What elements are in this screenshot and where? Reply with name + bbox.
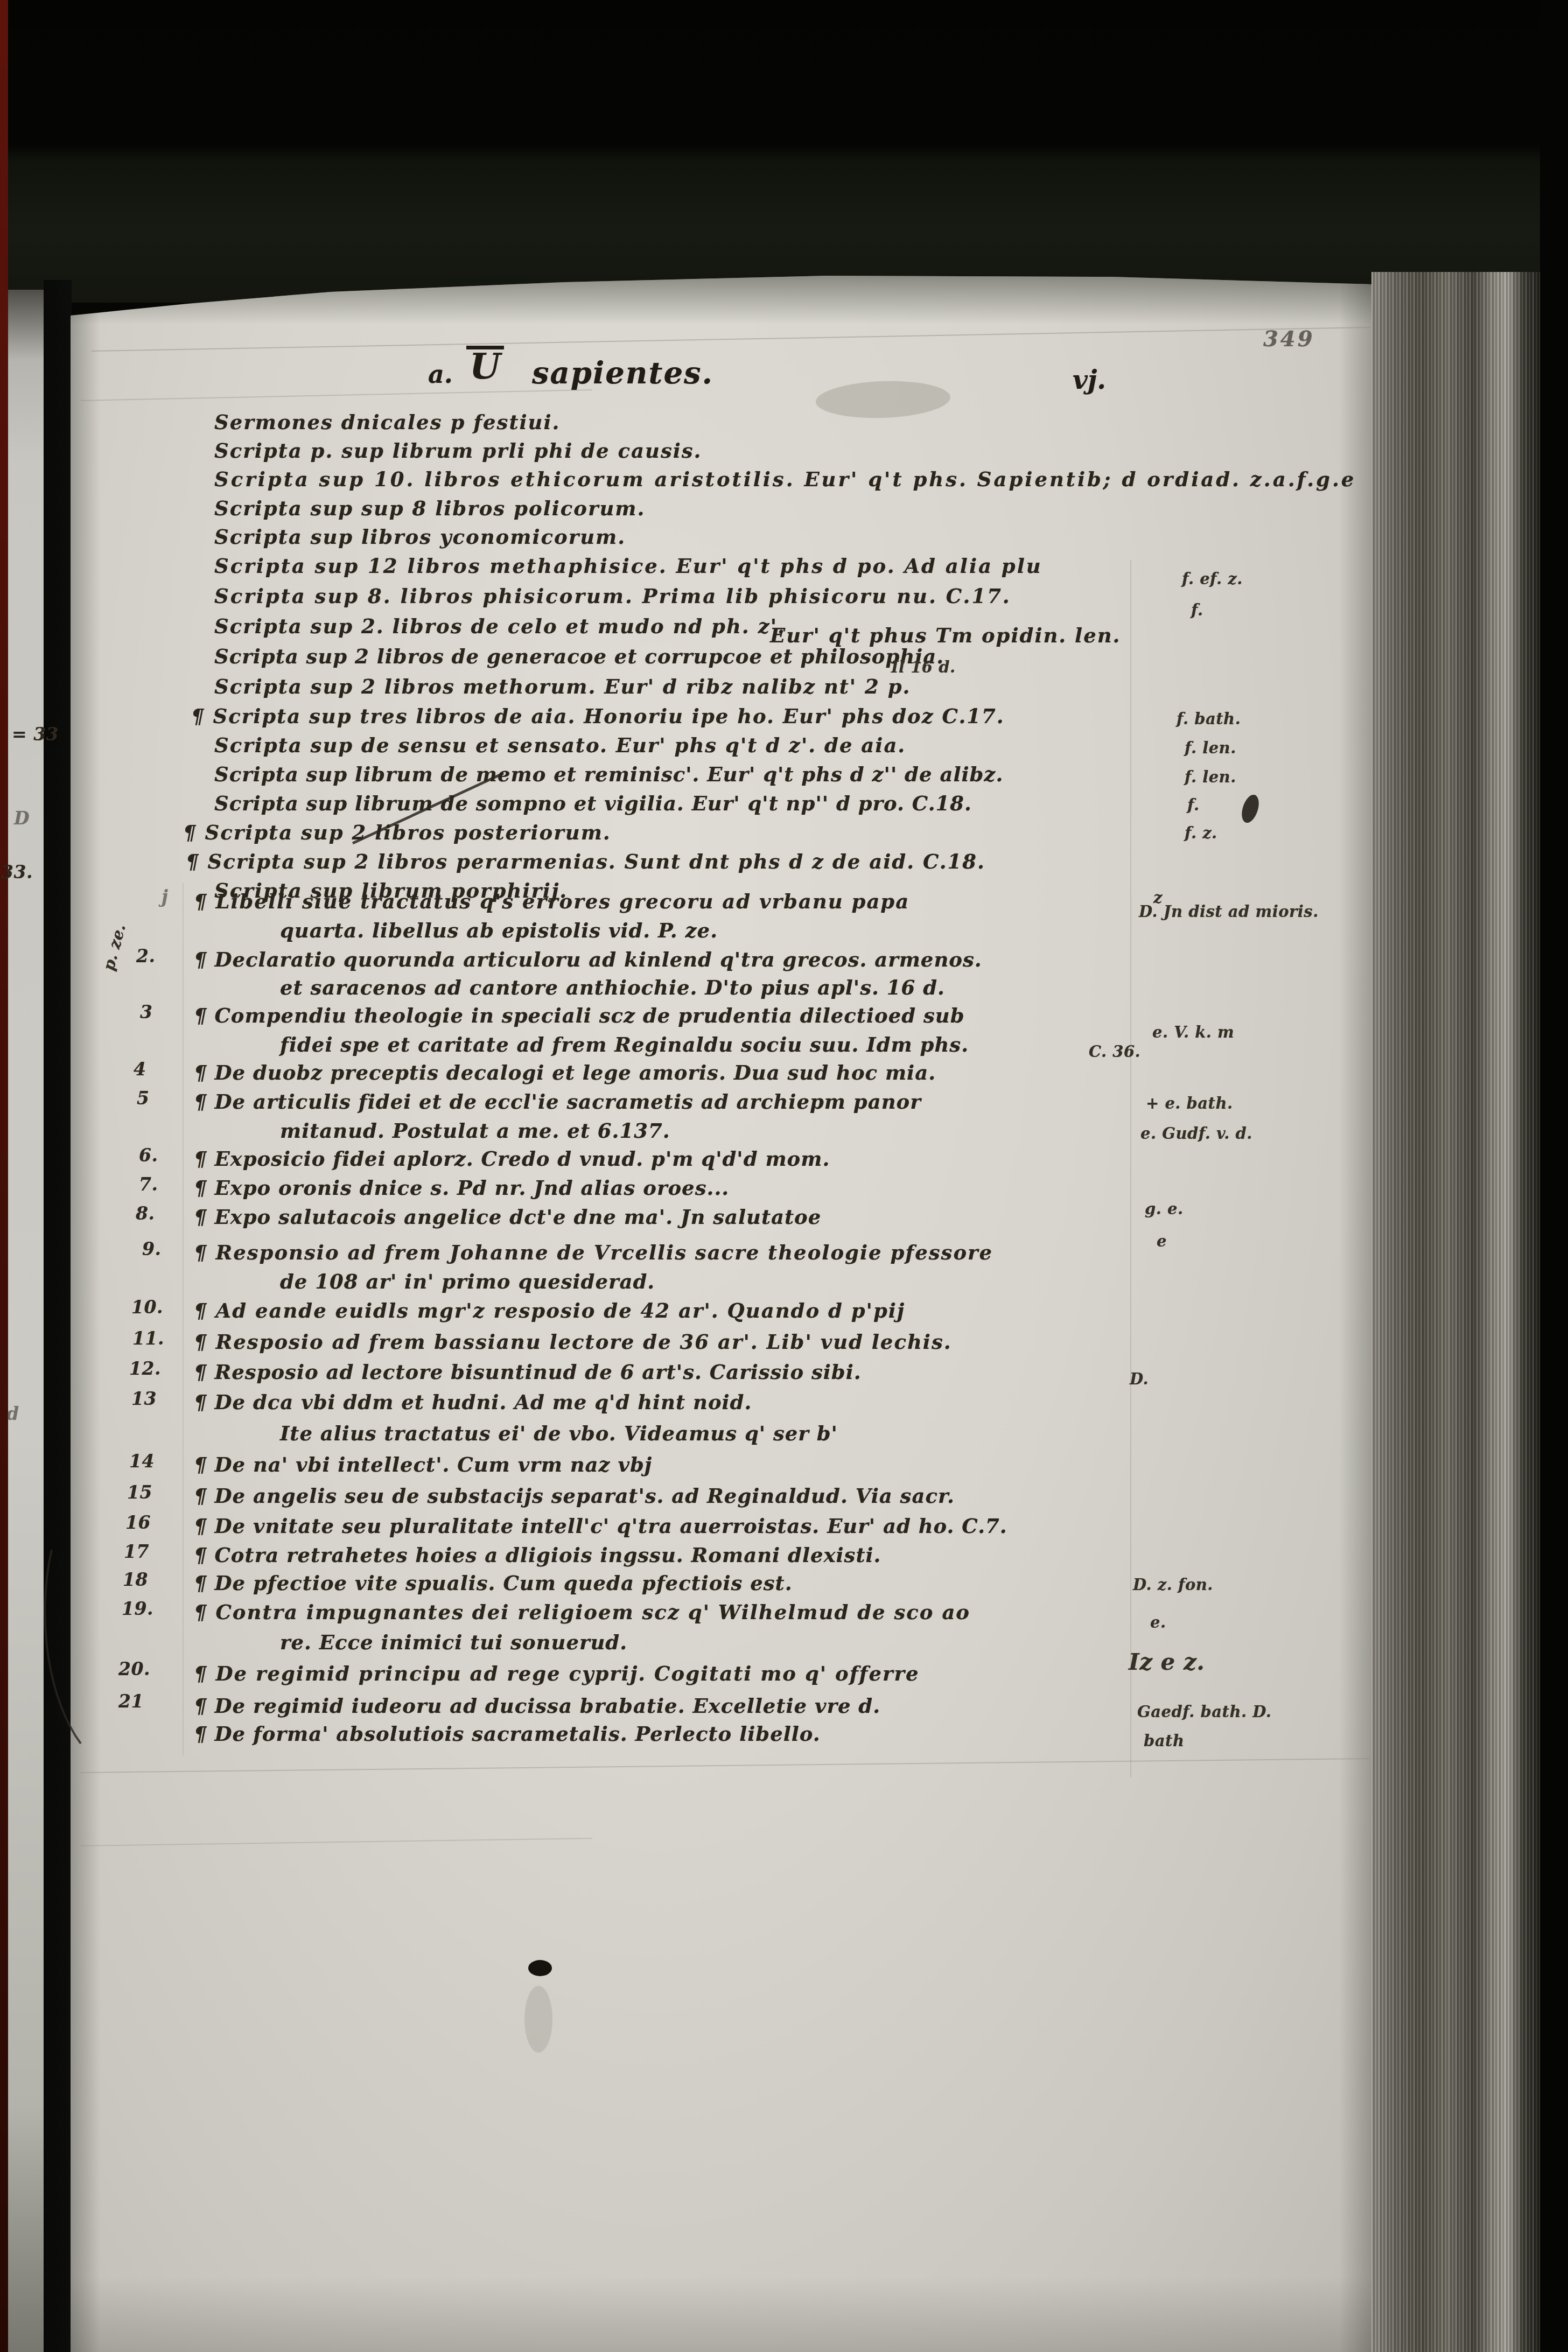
text-line: ¶ De pfectioe vite spualis. Cum queda pf…: [194, 1571, 793, 1595]
entry-number: 19.: [122, 1598, 153, 1619]
text-line: ¶ Compendiu theologie in speciali scz de…: [194, 1004, 965, 1027]
left-margin-mark: D: [14, 808, 30, 829]
left-margin-mark: p. ze.: [99, 922, 129, 972]
entry-number: 6.: [139, 1145, 158, 1166]
margin-note: f. len.: [1185, 768, 1236, 786]
folio-number: 349: [1263, 326, 1315, 352]
text-line: ¶ Cotra retrahetes hoies a dligiois ings…: [194, 1543, 881, 1567]
entry-number: 9.: [142, 1238, 161, 1259]
text-line: quarta. libellus ab epistolis vid. P. ze…: [280, 919, 718, 942]
text-line: ¶ De forma' absolutiois sacrametalis. Pe…: [194, 1722, 821, 1746]
text-line: fidei spe et caritate ad frem Reginaldu …: [280, 1033, 969, 1056]
page-title: sapientes.: [532, 355, 713, 391]
margin-note: D. Jn dist ad mioris.: [1139, 902, 1319, 921]
text-line: ¶ Expo salutacois angelice dct'e dne ma'…: [194, 1205, 821, 1229]
margin-note: Iz e z.: [1129, 1649, 1205, 1675]
text-line: ¶ Resposio ad frem bassianu lectore de 3…: [194, 1330, 952, 1354]
entry-number: 18: [123, 1569, 148, 1590]
margin-note: f. z.: [1185, 824, 1217, 842]
header-letter-mark: a.: [428, 360, 453, 389]
entry-number: 5: [137, 1088, 149, 1109]
entry-number: 13: [131, 1388, 157, 1409]
text-line: Scripta sup librum de sompno et vigilia.…: [214, 792, 972, 815]
text-line: ¶ Libelli siue tractatus q's errores gre…: [194, 890, 909, 913]
left-margin-mark: 33.: [1, 862, 33, 883]
text-line: Scripta sup 8. libros phisicorum. Prima …: [214, 584, 1011, 608]
margin-note: + e. bath.: [1146, 1094, 1233, 1112]
text-line: ¶ Resposio ad lectore bisuntinud de 6 ar…: [194, 1360, 862, 1384]
text-line: ¶ De regimid principu ad rege cyprij. Co…: [194, 1662, 920, 1685]
text-line: ¶ Scripta sup 2 libros perarmenias. Sunt…: [186, 850, 985, 873]
entry-number: 21: [118, 1691, 144, 1712]
margin-note: g. e.: [1145, 1200, 1184, 1218]
text-line: Scripta sup libros yconomicorum.: [214, 525, 626, 549]
text-line: Scripta sup 2 libros methorum. Eur' d ri…: [214, 675, 911, 698]
text-line: ¶ De na' vbi intellect'. Cum vrm naz vbj: [194, 1453, 652, 1476]
text-line: et saracenos ad cantore anthiochie. D'to…: [280, 976, 945, 999]
entry-number: 20.: [118, 1658, 150, 1679]
margin-note: D. z. fon.: [1133, 1576, 1213, 1594]
text-line: ¶ De duobz preceptis decalogi et lege am…: [194, 1061, 936, 1084]
left-margin-mark: d: [6, 1403, 19, 1424]
text-line: ¶ De articulis fidei et de eccl'ie sacra…: [194, 1090, 921, 1114]
text-line: re. Ecce inimici tui sonuerud.: [280, 1630, 627, 1654]
text-line: Scripta sup librum de memo et reminisc'.…: [214, 762, 1003, 786]
text-line: Eur' q't phus Tm opidin. len.: [770, 624, 1121, 647]
margin-note: f. ef. z.: [1182, 570, 1243, 588]
text-line: ¶ Scripta sup tres libros de aia. Honori…: [191, 704, 1005, 728]
margin-note: Il 16 d.: [891, 658, 956, 676]
entry-number: 10.: [131, 1297, 163, 1318]
text-line: ¶ De regimid iudeoru ad ducissa brabatie…: [194, 1694, 880, 1718]
margin-note: f. bath.: [1177, 710, 1241, 728]
text-line: ¶ De vnitate seu pluralitate intell'c' q…: [194, 1514, 1007, 1538]
text-line: Scripta sup 12 libros methaphisice. Eur'…: [214, 554, 1042, 578]
manuscript-photo: a. U sapientes. vj. 349 Sermones dnicale…: [0, 0, 1568, 2352]
margin-note: e.: [1150, 1613, 1166, 1632]
text-line: Scripta sup 2 libros de generacoe et cor…: [214, 645, 944, 668]
text-layer: a. U sapientes. vj. 349 Sermones dnicale…: [0, 0, 1568, 2352]
margin-note: D.: [1130, 1370, 1149, 1388]
margin-note: e. V. k. m: [1152, 1023, 1234, 1041]
entry-number: 2.: [136, 946, 155, 967]
margin-note: e: [1157, 1232, 1167, 1250]
margin-note: f. len.: [1185, 739, 1236, 757]
entry-number: 4: [134, 1059, 146, 1080]
text-line: ¶ De dca vbi ddm et hudni. Ad me q'd hin…: [194, 1390, 752, 1414]
text-line: Scripta p. sup librum prli phi de causis…: [214, 439, 702, 463]
text-line: ¶ De angelis seu de substacijs separat's…: [194, 1484, 955, 1508]
entry-number: 7.: [139, 1174, 158, 1195]
text-line: de 108 ar' in' primo quesiderad.: [280, 1270, 655, 1293]
text-line: ¶ Responsio ad frem Johanne de Vrcellis …: [194, 1241, 993, 1264]
margin-note: e. Gudf. v. d.: [1140, 1124, 1252, 1143]
left-margin-mark: = 33: [12, 724, 59, 745]
entry-number: 15: [127, 1482, 152, 1503]
text-line: ¶ Scripta sup 2 libros posteriorum.: [183, 821, 611, 844]
entry-number: 14: [129, 1451, 155, 1472]
text-line: ¶ Ad eande euidls mgr'z resposio de 42 a…: [194, 1299, 905, 1322]
margin-note: Gaedf. bath. D.: [1137, 1703, 1271, 1721]
text-line: Scripta sup sup 8 libros policorum.: [214, 496, 645, 520]
text-line: Scripta sup 10. libros ethicorum aristot…: [214, 467, 1356, 491]
entry-number: 8.: [136, 1203, 155, 1224]
text-line: ¶ Expo oronis dnice s. Pd nr. Jnd alias …: [194, 1176, 729, 1200]
text-line: ¶ Exposicio fidei aplorz. Credo d vnud. …: [194, 1147, 830, 1171]
text-line: mitanud. Postulat a me. et 6.137.: [280, 1119, 670, 1143]
margin-note: f.: [1187, 796, 1200, 814]
entry-number: 17: [124, 1541, 149, 1562]
text-line: Ite alius tractatus ei' de vbo. Videamus…: [280, 1422, 838, 1445]
quire-mark: vj.: [1073, 365, 1106, 395]
text-line: ¶ Contra impugnantes dei religioem scz q…: [194, 1600, 970, 1624]
text-line: Sermones dnicales p festiui.: [214, 410, 560, 434]
margin-note: C. 36.: [1089, 1042, 1140, 1061]
margin-note: bath: [1144, 1732, 1185, 1750]
entry-number: 3: [140, 1002, 152, 1023]
text-line: ¶ Declaratio quorunda articuloru ad kinl…: [194, 948, 982, 971]
entry-number: 11.: [132, 1328, 164, 1349]
entry-number: 12.: [129, 1358, 161, 1379]
entry-number: 16: [125, 1512, 151, 1533]
entry-number: j: [162, 886, 168, 907]
text-line: Scripta sup 2. libros de celo et mudo nd…: [214, 614, 786, 638]
margin-note: f.: [1191, 601, 1203, 619]
text-line: Scripta sup de sensu et sensato. Eur' ph…: [214, 733, 906, 757]
header-section-icon: U: [466, 346, 504, 383]
